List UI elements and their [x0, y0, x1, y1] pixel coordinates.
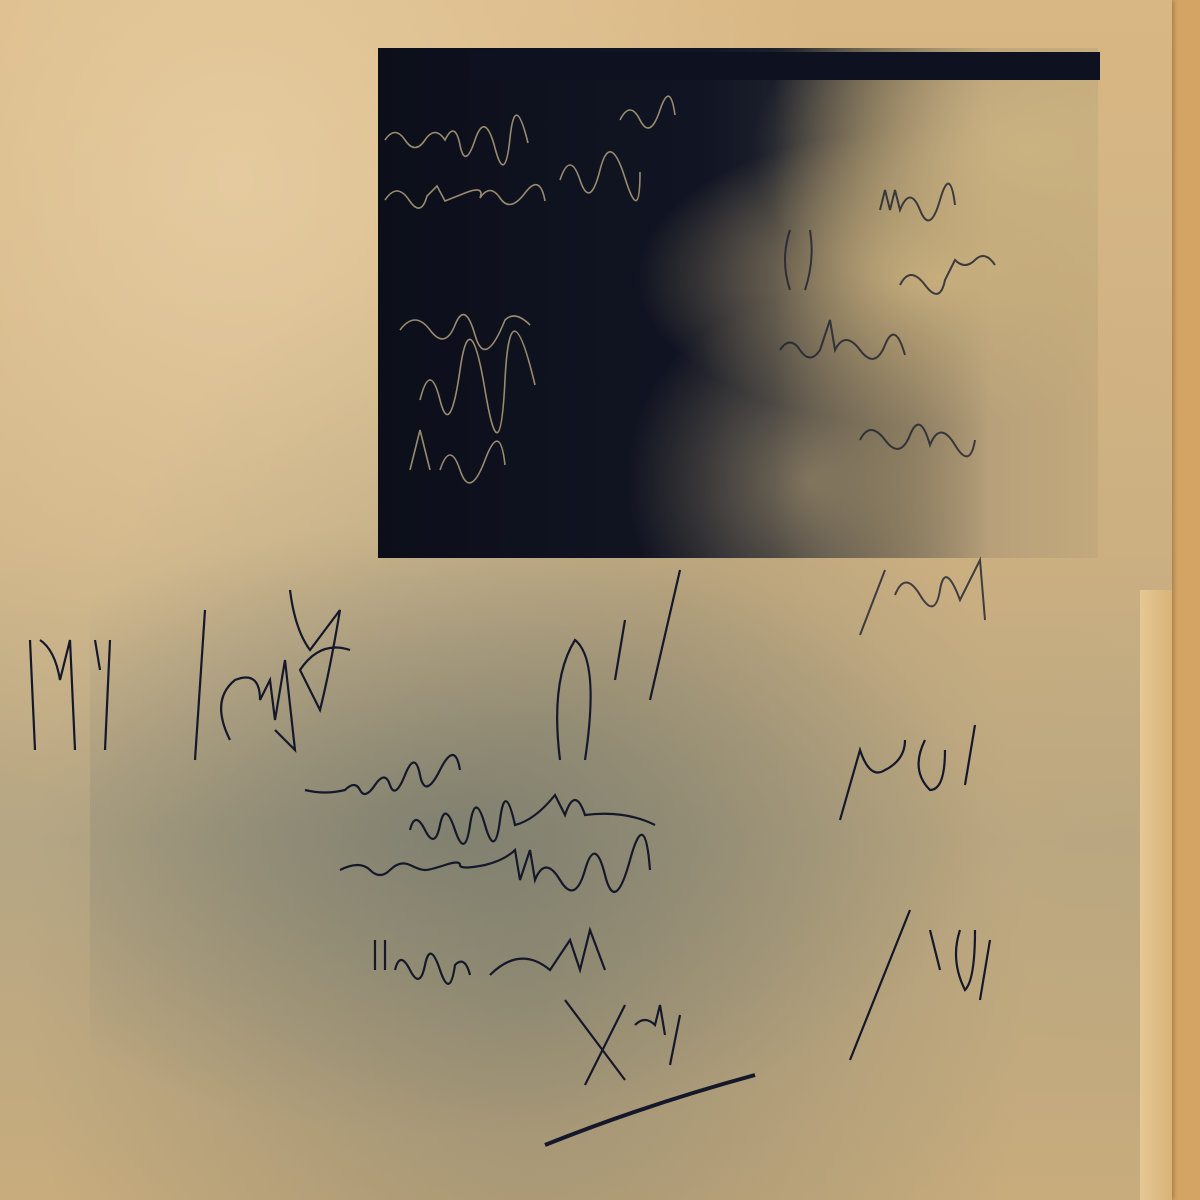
scratched-script: [385, 96, 675, 483]
graphite-script-upper: [780, 184, 995, 635]
graphite-script-lower: [30, 570, 990, 1145]
asemic-script-strokes: [0, 0, 1200, 1200]
